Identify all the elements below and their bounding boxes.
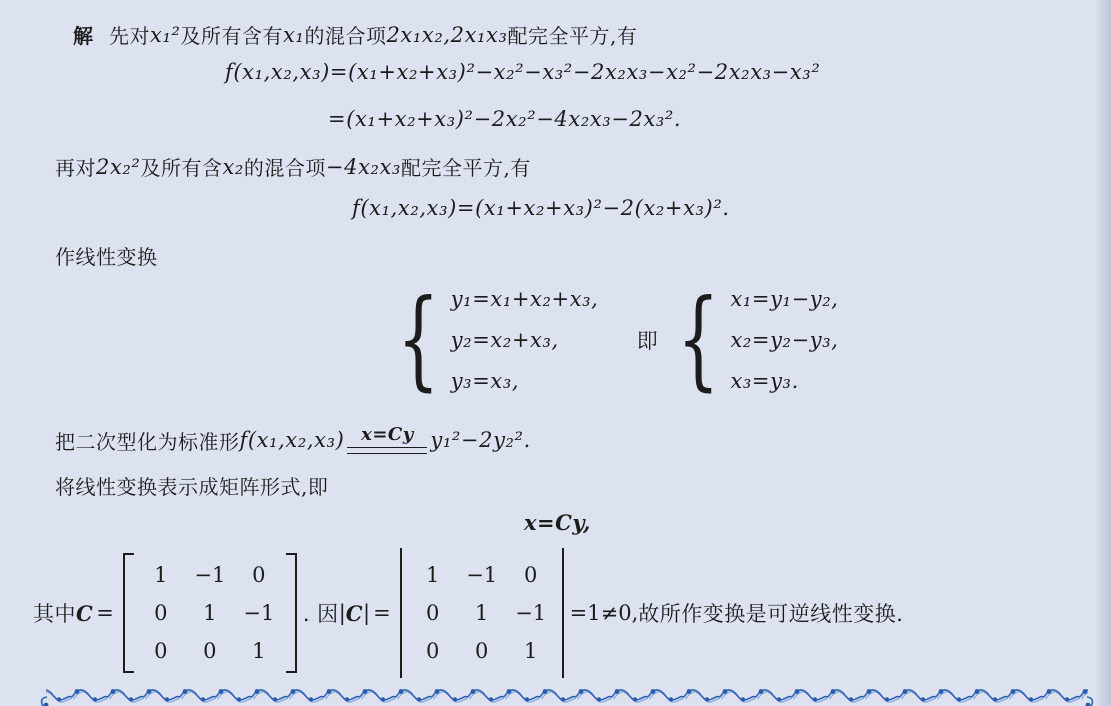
inline-math: x₁ — [283, 23, 304, 47]
matrix-cell: 0 — [138, 601, 184, 625]
paragraph-text: 配完全平方,有 — [401, 152, 531, 181]
determinant-cell: 1 — [508, 639, 554, 663]
matrix-right-bracket — [286, 553, 297, 673]
left-brace: { — [677, 286, 720, 394]
page: { "page": { "bg_color": "#dce2f0", "ink_… — [0, 0, 1111, 706]
inline-math: y₁²−2y₂². — [430, 428, 530, 452]
matrix-cell: 1 — [138, 563, 184, 587]
decorative-wave-border — [36, 684, 1098, 706]
paragraph-text: 的混合项 — [304, 20, 386, 49]
conclusion-text: 故所作变换是可逆线性变换. — [638, 598, 903, 628]
paragraph-text: 其中 — [33, 598, 76, 628]
paragraph-text: 把二次型化为标准形 — [55, 426, 240, 455]
matrix-cell: 1 — [236, 639, 282, 663]
paragraph-text: 再对 — [55, 152, 96, 181]
determinant-cell: 0 — [456, 639, 508, 663]
matrix-cell: 0 — [138, 639, 184, 663]
standardized-formula: f(x₁,x₂,x₃)=(x₁+x₂+x₃)²−2(x₂+x₃)². — [352, 196, 730, 220]
inline-math: 2x₂² — [96, 155, 140, 179]
determinant-cells: 1 −1 0 0 1 −1 0 0 1 — [402, 548, 562, 678]
abs-bar: | — [363, 601, 370, 625]
determinant-cell: 0 — [410, 639, 456, 663]
paragraph-text: 先对 — [109, 20, 150, 49]
equals-sign: = — [96, 601, 114, 625]
determinant-cell: −1 — [508, 601, 554, 625]
paragraph-text: 及所有含 — [140, 152, 222, 181]
system-equation: x₃=y₃. — [730, 360, 838, 401]
determinant-cell: 1 — [456, 601, 508, 625]
system-equation: y₁=x₁+x₂+x₃, — [451, 278, 623, 319]
system-connector: 即 — [637, 325, 658, 355]
inline-math: x₂ — [222, 155, 243, 179]
determinant-cell: −1 — [456, 563, 508, 587]
inline-math: f(x₁,x₂,x₃) — [240, 428, 345, 452]
matrix-cell: 1 — [184, 601, 236, 625]
inline-math: 2x₁x₂,2x₁x₃ — [386, 23, 507, 47]
double-rule — [347, 447, 427, 454]
derivation-line-1: f(x₁,x₂,x₃)=(x₁+x₂+x₃)²−x₂²−x₃²−2x₂x₃−x₂… — [225, 60, 820, 84]
matrix-symbol-C: C — [346, 601, 363, 626]
matrix-cell: −1 — [184, 563, 236, 587]
solution-label: 解 — [73, 20, 93, 49]
matrix-cell: −1 — [236, 601, 282, 625]
derivation-line-2: =(x₁+x₂+x₃)²−2x₂²−4x₂x₃−2x₃². — [328, 107, 681, 131]
paragraph-text: . 因 — [303, 598, 339, 628]
determinant-right-bar — [562, 548, 564, 678]
matrix-left-bracket — [123, 553, 134, 673]
equation-system: { y₁=x₁+x₂+x₃, y₂=x₂+x₃, y₃=x₃, 即 { x₁=y… — [384, 278, 839, 401]
system-right-equations: x₁=y₁−y₂, x₂=y₂−y₃, x₃=y₃. — [730, 278, 838, 401]
annotated-equals-label: x=Cy — [361, 426, 414, 444]
determinant-cell: 0 — [410, 601, 456, 625]
determinant-result: =1≠0, — [570, 601, 639, 625]
system-equation: y₃=x₃, — [451, 360, 623, 401]
wave-pattern-icon — [36, 684, 1098, 706]
matrix-cells: 1 −1 0 0 1 −1 0 0 1 — [134, 553, 286, 673]
abs-bar: | — [339, 601, 346, 625]
standard-form-paragraph: 把二次型化为标准形 f(x₁,x₂,x₃) x=Cy y₁²−2y₂². — [55, 416, 531, 464]
system-left-equations: y₁=x₁+x₂+x₃, y₂=x₂+x₃, y₃=x₃, — [451, 278, 623, 401]
annotated-equals: x=Cy — [347, 426, 427, 454]
matrix-cell: 0 — [184, 639, 236, 663]
linear-transform-paragraph: 作线性变换 — [55, 241, 158, 270]
system-equation: y₂=x₂+x₃, — [451, 319, 623, 360]
determinant-C: 1 −1 0 0 1 −1 0 0 1 — [400, 548, 564, 678]
paragraph-text: 及所有含有 — [180, 20, 283, 49]
determinant-cell: 1 — [410, 563, 456, 587]
display-equation-x-equals-cy: x=Cy, — [524, 510, 591, 535]
system-equation: x₁=y₁−y₂, — [730, 278, 838, 319]
determinant-cell: 0 — [508, 563, 554, 587]
equals-sign: = — [373, 601, 391, 625]
paragraph-text: 的混合项 — [244, 152, 326, 181]
matrix-symbol-C: C — [76, 601, 93, 626]
inline-math: −4x₂x₃ — [326, 155, 401, 179]
page-edge-shading — [1095, 0, 1111, 706]
complete-square-paragraph: 再对 2x₂² 及所有含 x₂ 的混合项 −4x₂x₃ 配完全平方,有 — [55, 152, 531, 181]
solution-paragraph: 解 先对 x₁² 及所有含有 x₁ 的混合项 2x₁x₂,2x₁x₃ 配完全平方… — [73, 20, 637, 49]
matrix-C: 1 −1 0 0 1 −1 0 0 1 — [123, 553, 297, 673]
inline-math: x₁² — [150, 23, 180, 47]
matrix-cell: 0 — [236, 563, 282, 587]
system-equation: x₂=y₂−y₃, — [730, 319, 838, 360]
matrix-determinant-line: 其中 C = 1 −1 0 0 1 −1 0 0 1 . 因 | C | = 1… — [33, 556, 903, 670]
matrix-form-paragraph: 将线性变换表示成矩阵形式,即 — [55, 471, 328, 500]
left-brace: { — [397, 286, 440, 394]
paragraph-text: 配完全平方,有 — [508, 20, 638, 49]
